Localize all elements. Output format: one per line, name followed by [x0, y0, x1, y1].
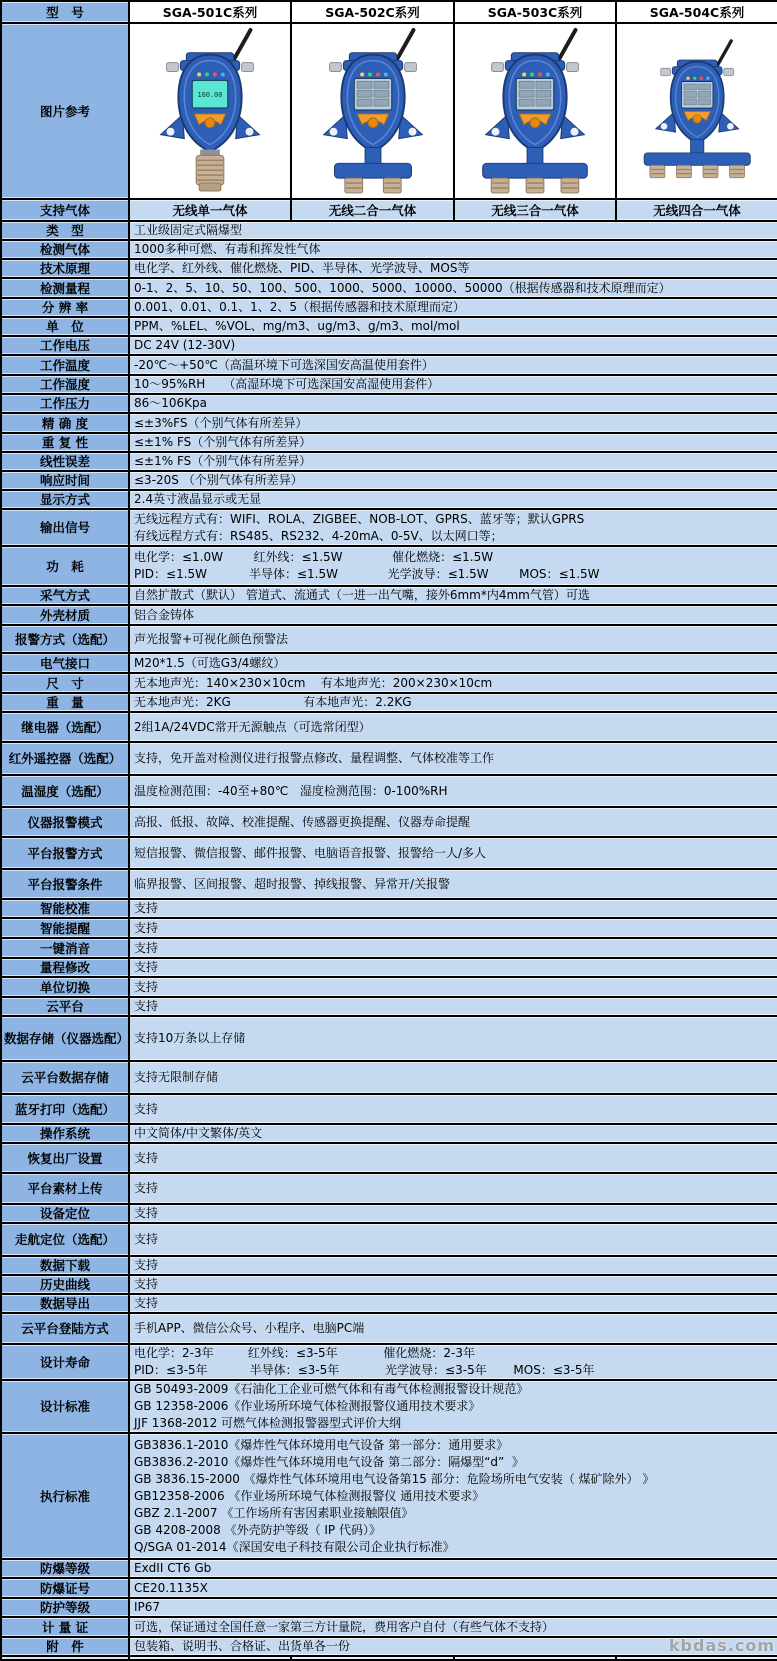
row-label: 检测气体	[1, 240, 129, 259]
row-value: ExdII CT6 Gb	[129, 1559, 777, 1578]
sensor-probe	[383, 178, 401, 193]
value-line: CE20.1135X	[134, 1580, 773, 1597]
row-label: 云平台	[1, 997, 129, 1016]
value-line: 支持	[134, 1205, 773, 1222]
spec-row: 附 件包装箱、说明书、合格证、出货单各一份	[1, 1637, 777, 1656]
value-line: 无本地声光：2KG 有本地声光：2.2KG	[134, 694, 773, 711]
row-label: 计 量 证	[1, 1617, 129, 1637]
value-line: 支持	[134, 900, 773, 917]
row-value: 中文简体/中文繁体/英文	[129, 1124, 777, 1143]
value-line: 电化学：≤1.0W 红外线：≤1.5W 催化燃烧：≤1.5W	[134, 549, 773, 566]
row-label: 一键消音	[1, 938, 129, 958]
value-line: PPM、%LEL、%VOL、mg/m3、ug/m3、g/m3、mol/mol	[134, 318, 773, 335]
spec-row: 操作系统中文简体/中文繁体/英文	[1, 1124, 777, 1143]
spec-row: 智能提醒支持	[1, 918, 777, 938]
value-line: 2组1A/24VDC常开无源触点（可选常闭型）	[134, 719, 773, 736]
row-value: 可选，保证通过全国任意一家第三方计量院，费用客户自付（有些气体不支持）	[129, 1617, 777, 1637]
spec-row: 精 确 度≤±3%FS（个别气体有所差异）	[1, 413, 777, 433]
value-line: 支持	[134, 1150, 773, 1167]
row-value: GB3836.1-2010《爆炸性气体环境用电气设备 第一部分：通用要求》GB3…	[129, 1433, 777, 1559]
spec-row: 智能校准支持	[1, 899, 777, 918]
row-label: 防爆等级	[1, 1559, 129, 1578]
value-line: 支持无限制存储	[134, 1069, 773, 1086]
row-label: 技术原理	[1, 259, 129, 278]
value-line: ≤±1% FS（个别气体有所差异）	[134, 453, 773, 470]
spec-row: 平台报警条件临界报警、区间报警、超时报警、掉线报警、异常开/关报警	[1, 869, 777, 899]
row-value: CE20.1135X	[129, 1578, 777, 1598]
value-line: 电化学：2-3年 红外线：≤3-5年 催化燃烧：2-3年	[134, 1345, 773, 1362]
value-line: 手机APP、微信公众号、小程序、电脑PC端	[134, 1320, 773, 1337]
row-label: 防护等级	[1, 1598, 129, 1617]
row-value: 0.001、0.01、0.1、1、2、5（根据传感器和技术原理而定）	[129, 298, 777, 317]
row-label: 线性误差	[1, 452, 129, 471]
value-line: 无本地声光：140×230×10cm 有本地声光：200×230×10cm	[134, 675, 773, 692]
row-value: 10～95%RH （高湿环境下可选深国安高湿使用套件）	[129, 375, 777, 394]
empty-cell	[1, 1656, 129, 1660]
value-line: 2.4英寸液晶显示或无显	[134, 491, 773, 508]
value-line: 支持	[134, 1180, 773, 1197]
value-line: Q/SGA 01-2014《深国安电子科技有限公司企业执行标准》	[134, 1539, 773, 1556]
row-value: 手机APP、微信公众号、小程序、电脑PC端	[129, 1313, 777, 1344]
row-label: 操作系统	[1, 1124, 129, 1143]
device-image-sga-504c	[618, 24, 776, 198]
row-value: 2组1A/24VDC常开无源触点（可选常闭型）	[129, 712, 777, 742]
sensor-manifold	[334, 163, 411, 178]
spec-row: 走航定位（选配）支持	[1, 1223, 777, 1256]
spec-row: 报警方式（选配）声光报警+可视化颜色预警法	[1, 625, 777, 653]
spec-row: 采气方式自然扩散式（默认） 管道式、流通式（一进一出气嘴，接外6mm*内4mm气…	[1, 586, 777, 605]
image-row: 图片参考 100.00	[1, 23, 777, 199]
spec-row: 尺 寸无本地声光：140×230×10cm 有本地声光：200×230×10cm	[1, 673, 777, 693]
spec-row: 继电器（选配）2组1A/24VDC常开无源触点（可选常闭型）	[1, 712, 777, 742]
row-label: 红外遥控器（选配）	[1, 742, 129, 775]
empty-cell	[129, 1656, 291, 1660]
row-value: 无本地声光：2KG 有本地声光：2.2KG	[129, 693, 777, 712]
value-line: IP67	[134, 1599, 773, 1616]
gas-detector-illustration	[618, 24, 776, 194]
row-label-images: 图片参考	[1, 23, 129, 199]
value-line: 支持	[134, 959, 773, 976]
row-value: 支持	[129, 1094, 777, 1124]
spec-row: 显示方式2.4英寸液晶显示或无显	[1, 490, 777, 509]
spec-row: 数据下载支持	[1, 1256, 777, 1275]
row-label: 平台素材上传	[1, 1173, 129, 1204]
spec-row: 外壳材质铝合金铸体	[1, 605, 777, 625]
value-line: ExdII CT6 Gb	[134, 1560, 773, 1577]
value-line: 支持	[134, 1101, 773, 1118]
value-line: 临界报警、区间报警、超时报警、掉线报警、异常开/关报警	[134, 876, 773, 893]
spec-row: 工作温度-20℃～+50℃（高温环境下可选深国安高温使用套件）	[1, 355, 777, 375]
row-label: 报警方式（选配）	[1, 625, 129, 653]
row-value: ≤±1% FS（个别气体有所差异）	[129, 452, 777, 471]
watermark: kbdas.com	[669, 1636, 775, 1655]
row-value: 工业级固定式隔爆型	[129, 221, 777, 240]
value-line: PID：≤1.5W 半导体：≤1.5W 光学波导：≤1.5W MOS：≤1.5W	[134, 566, 773, 583]
value-line: GBZ 2.1-2007 《工作场所有害因素职业接触限值》	[134, 1505, 773, 1522]
row-label: 重 复 性	[1, 433, 129, 452]
value-line: 支持10万条以上存储	[134, 1030, 773, 1047]
row-label: 工作温度	[1, 355, 129, 375]
row-label: 平台报警方式	[1, 837, 129, 869]
value-line: 声光报警+可视化颜色预警法	[134, 631, 773, 648]
sensor-probe	[344, 178, 362, 193]
spec-table: 型 号 SGA-501C系列 SGA-502C系列 SGA-503C系列 SGA…	[0, 0, 777, 1661]
spec-row: 平台报警方式短信报警、微信报警、邮件报警、电脑语音报警、报警给一人/多人	[1, 837, 777, 869]
row-label: 分 辨 率	[1, 298, 129, 317]
row-value: 铝合金铸体	[129, 605, 777, 625]
row-value: DC 24V (12-30V)	[129, 336, 777, 355]
spec-row: 计 量 证可选，保证通过全国任意一家第三方计量院，费用客户自付（有些气体不支持）	[1, 1617, 777, 1637]
row-label: 数据下载	[1, 1256, 129, 1275]
spec-row: 类 型工业级固定式隔爆型	[1, 221, 777, 240]
row-label: 工作湿度	[1, 375, 129, 394]
sensor-probe	[561, 178, 579, 193]
spec-row: 工作压力86～106Kpa	[1, 394, 777, 413]
value-line: 铝合金铸体	[134, 607, 773, 624]
row-value: 86～106Kpa	[129, 394, 777, 413]
value-line: ≤±1% FS（个别气体有所差异）	[134, 434, 773, 451]
spec-row: 恢复出厂设置支持	[1, 1143, 777, 1173]
spec-row: 设计寿命电化学：2-3年 红外线：≤3-5年 催化燃烧：2-3年PID：≤3-5…	[1, 1344, 777, 1380]
value-line: 支持	[134, 1257, 773, 1274]
spec-row: 检测量程0-1、2、5、10、50、100、500、1000、5000、1000…	[1, 278, 777, 298]
model-name-4: SGA-504C系列	[616, 1, 777, 23]
empty-cell	[616, 1656, 777, 1660]
model-name-1: SGA-501C系列	[129, 1, 291, 23]
row-value: 支持10万条以上存储	[129, 1016, 777, 1061]
spec-row: 设计标准GB 50493-2009《石油化工企业可燃气体和有毒气体检测报警设计规…	[1, 1380, 777, 1433]
row-label: 设计寿命	[1, 1344, 129, 1380]
row-value: 高报、低报、故障、校准提醒、传感器更换提醒、仪器寿命提醒	[129, 807, 777, 837]
row-value: 支持，免开盖对检测仪进行报警点修改、量程调整、气体校准等工作	[129, 742, 777, 775]
row-value: 电化学：2-3年 红外线：≤3-5年 催化燃烧：2-3年PID：≤3-5年 半导…	[129, 1344, 777, 1380]
row-label: 云平台登陆方式	[1, 1313, 129, 1344]
row-label: 外壳材质	[1, 605, 129, 625]
row-label: 温湿度（选配）	[1, 775, 129, 807]
row-label: 响应时间	[1, 471, 129, 490]
spec-row: 防爆证号CE20.1135X	[1, 1578, 777, 1598]
row-value: 支持	[129, 1294, 777, 1313]
spec-row: 重 复 性≤±1% FS（个别气体有所差异）	[1, 433, 777, 452]
spec-row: 蓝牙打印（选配）支持	[1, 1094, 777, 1124]
gas-row: 支持气体 无线单一气体 无线二合一气体 无线三合一气体 无线四合一气体	[1, 199, 777, 221]
value-line: 支持	[134, 920, 773, 937]
row-value: 支持	[129, 1143, 777, 1173]
row-label: 显示方式	[1, 490, 129, 509]
model-name-2: SGA-502C系列	[291, 1, 454, 23]
row-value: 支持无限制存储	[129, 1061, 777, 1094]
row-label: 精 确 度	[1, 413, 129, 433]
value-line: PID：≤3-5年 半导体：≤3-5年 光学波导：≤3-5年 MOS：≤3-5年	[134, 1362, 773, 1379]
row-label: 继电器（选配）	[1, 712, 129, 742]
sensor-probe	[676, 165, 691, 177]
spec-row: 云平台登陆方式手机APP、微信公众号、小程序、电脑PC端	[1, 1313, 777, 1344]
row-value: 支持	[129, 997, 777, 1016]
row-label: 工作电压	[1, 336, 129, 355]
row-value: 温度检测范围：-40至+80℃ 湿度检测范围：0-100%RH	[129, 775, 777, 807]
row-label: 单 位	[1, 317, 129, 336]
spec-row: 平台素材上传支持	[1, 1173, 777, 1204]
row-value: IP67	[129, 1598, 777, 1617]
value-line: 10～95%RH （高湿环境下可选深国安高湿使用套件）	[134, 376, 773, 393]
spec-sheet: 型 号 SGA-501C系列 SGA-502C系列 SGA-503C系列 SGA…	[0, 0, 777, 1661]
row-value: 支持	[129, 977, 777, 997]
row-value: 电化学、红外线、催化燃烧、PID、半导体、光学波导、MOS等	[129, 259, 777, 278]
partial-bottom-row	[1, 1656, 777, 1660]
spec-row: 检测气体1000多种可燃、有毒和挥发性气体	[1, 240, 777, 259]
value-line: 支持	[134, 998, 773, 1015]
gas-value-4: 无线四合一气体	[616, 199, 777, 221]
spec-row: 线性误差≤±1% FS（个别气体有所差异）	[1, 452, 777, 471]
value-line: GB12358-2006 《作业场所环境气体检测报警仪 通用技术要求》	[134, 1488, 773, 1505]
row-value: GB 50493-2009《石油化工企业可燃气体和有毒气体检测报警设计规范》GB…	[129, 1380, 777, 1433]
gas-value-3: 无线三合一气体	[454, 199, 616, 221]
row-value: 0-1、2、5、10、50、100、500、1000、5000、10000、50…	[129, 278, 777, 298]
value-line: DC 24V (12-30V)	[134, 337, 773, 354]
spec-row: 响应时间≤3-20S （个别气体有所差异）	[1, 471, 777, 490]
gas-detector-illustration	[456, 24, 614, 194]
row-label: 执行标准	[1, 1433, 129, 1559]
row-value: ≤±1% FS（个别气体有所差异）	[129, 433, 777, 452]
row-value: 支持	[129, 1256, 777, 1275]
value-line: GB 4208-2008 《外壳防护等级（ IP 代码）》	[134, 1522, 773, 1539]
value-line: 自然扩散式（默认） 管道式、流通式（一进一出气嘴，接外6mm*内4mm气管）可选	[134, 587, 773, 604]
spec-row: 云平台数据存储支持无限制存储	[1, 1061, 777, 1094]
empty-cell	[454, 1656, 616, 1660]
value-line: 0.001、0.01、0.1、1、2、5（根据传感器和技术原理而定）	[134, 299, 773, 316]
spec-row: 输出信号无线远程方式有：WIFI、ROLA、ZIGBEE、NOB-LOT、GPR…	[1, 509, 777, 546]
value-line: 支持	[134, 1295, 773, 1312]
gas-value-1: 无线单一气体	[129, 199, 291, 221]
row-value: 无本地声光：140×230×10cm 有本地声光：200×230×10cm	[129, 673, 777, 693]
row-label: 智能提醒	[1, 918, 129, 938]
value-line: 短信报警、微信报警、邮件报警、电脑语音报警、报警给一人/多人	[134, 845, 773, 862]
value-line: 中文简体/中文繁体/英文	[134, 1125, 773, 1142]
spec-row: 一键消音支持	[1, 938, 777, 958]
row-value: 声光报警+可视化颜色预警法	[129, 625, 777, 653]
sensor-probe	[526, 178, 544, 193]
value-line: ≤3-20S （个别气体有所差异）	[134, 472, 773, 489]
row-label: 数据存储（仪器选配）	[1, 1016, 129, 1061]
spec-row: 防爆等级ExdII CT6 Gb	[1, 1559, 777, 1578]
row-label: 数据导出	[1, 1294, 129, 1313]
device-image-sga-501c: 100.00	[131, 24, 289, 198]
spec-row: 工作湿度10～95%RH （高湿环境下可选深国安高湿使用套件）	[1, 375, 777, 394]
row-label: 设计标准	[1, 1380, 129, 1433]
spec-row: 执行标准GB3836.1-2010《爆炸性气体环境用电气设备 第一部分：通用要求…	[1, 1433, 777, 1559]
spec-row: 单 位PPM、%LEL、%VOL、mg/m3、ug/m3、g/m3、mol/mo…	[1, 317, 777, 336]
row-label: 单位切换	[1, 977, 129, 997]
value-line: 1000多种可燃、有毒和挥发性气体	[134, 241, 773, 258]
row-label: 附 件	[1, 1637, 129, 1656]
value-line: GB3836.2-2010《爆炸性气体环境用电气设备 第二部分：隔爆型“d” 》	[134, 1454, 773, 1471]
gas-detector-illustration	[294, 24, 452, 194]
row-value: 1000多种可燃、有毒和挥发性气体	[129, 240, 777, 259]
row-value: 支持	[129, 1275, 777, 1294]
sensor-probe	[730, 165, 745, 177]
sensor-manifold	[644, 153, 750, 165]
device-image-sga-503c	[456, 24, 614, 198]
spec-row: 数据存储（仪器选配）支持10万条以上存储	[1, 1016, 777, 1061]
value-line: -20℃～+50℃（高温环境下可选深国安高温使用套件）	[134, 357, 773, 374]
model-name-3: SGA-503C系列	[454, 1, 616, 23]
row-label: 功 耗	[1, 546, 129, 586]
row-label: 防爆证号	[1, 1578, 129, 1598]
row-value: 支持	[129, 958, 777, 977]
row-label: 蓝牙打印（选配）	[1, 1094, 129, 1124]
spec-row: 量程修改支持	[1, 958, 777, 977]
row-label: 平台报警条件	[1, 869, 129, 899]
model-header-row: 型 号 SGA-501C系列 SGA-502C系列 SGA-503C系列 SGA…	[1, 1, 777, 23]
row-label: 尺 寸	[1, 673, 129, 693]
value-line: GB 3836.15-2000 《爆炸性气体环境用电气设备第15 部分：危险场所…	[134, 1471, 773, 1488]
spec-row: 云平台支持	[1, 997, 777, 1016]
row-value: 支持	[129, 918, 777, 938]
spec-row: 红外遥控器（选配）支持，免开盖对检测仪进行报警点修改、量程调整、气体校准等工作	[1, 742, 777, 775]
row-value: 2.4英寸液晶显示或无显	[129, 490, 777, 509]
row-value: 电化学：≤1.0W 红外线：≤1.5W 催化燃烧：≤1.5WPID：≤1.5W …	[129, 546, 777, 586]
gas-value-2: 无线二合一气体	[291, 199, 454, 221]
row-label: 量程修改	[1, 958, 129, 977]
value-line: 温度检测范围：-40至+80℃ 湿度检测范围：0-100%RH	[134, 783, 773, 800]
value-line: 无线远程方式有：WIFI、ROLA、ZIGBEE、NOB-LOT、GPRS、蓝牙…	[134, 511, 773, 528]
row-label: 类 型	[1, 221, 129, 240]
svg-text:100.00: 100.00	[198, 91, 223, 99]
value-line: GB 12358-2006《作业场所环境气体检测报警仪通用技术要求》	[134, 1398, 773, 1415]
value-line: 工业级固定式隔爆型	[134, 222, 773, 239]
spec-row: 防护等级IP67	[1, 1598, 777, 1617]
row-label: 电气接口	[1, 653, 129, 673]
value-line: M20*1.5（可选G3/4螺纹）	[134, 655, 773, 672]
row-label: 走航定位（选配）	[1, 1223, 129, 1256]
spec-row: 重 量无本地声光：2KG 有本地声光：2.2KG	[1, 693, 777, 712]
row-label: 工作压力	[1, 394, 129, 413]
value-line: 支持	[134, 940, 773, 957]
row-value: ≤3-20S （个别气体有所差异）	[129, 471, 777, 490]
value-line: JJF 1368-2012 可燃气体检测报警器型式评价大纲	[134, 1415, 773, 1432]
spec-row: 电气接口M20*1.5（可选G3/4螺纹）	[1, 653, 777, 673]
row-label: 采气方式	[1, 586, 129, 605]
sensor-probe	[703, 165, 718, 177]
row-value: 支持	[129, 1204, 777, 1223]
row-value: 支持	[129, 938, 777, 958]
spec-row: 历史曲线支持	[1, 1275, 777, 1294]
row-label: 云平台数据存储	[1, 1061, 129, 1094]
value-line: 86～106Kpa	[134, 395, 773, 412]
value-line: 高报、低报、故障、校准提醒、传感器更换提醒、仪器寿命提醒	[134, 814, 773, 831]
empty-cell	[291, 1656, 454, 1660]
row-label-gas: 支持气体	[1, 199, 129, 221]
value-line: 0-1、2、5、10、50、100、500、1000、5000、10000、50…	[134, 280, 773, 297]
row-value: 支持	[129, 1223, 777, 1256]
value-line: 有线远程方式有：RS485、RS232、4-20mA、0-5V、以太网口等；	[134, 528, 773, 545]
row-label: 输出信号	[1, 509, 129, 546]
spec-row: 数据导出支持	[1, 1294, 777, 1313]
row-value: 无线远程方式有：WIFI、ROLA、ZIGBEE、NOB-LOT、GPRS、蓝牙…	[129, 509, 777, 546]
row-value: PPM、%LEL、%VOL、mg/m3、ug/m3、g/m3、mol/mol	[129, 317, 777, 336]
value-line: ≤±3%FS（个别气体有所差异）	[134, 415, 773, 432]
sensor-probe	[491, 178, 509, 193]
sensor-probe	[650, 165, 665, 177]
gas-detector-illustration: 100.00	[131, 24, 289, 194]
row-label: 恢复出厂设置	[1, 1143, 129, 1173]
spec-row: 功 耗电化学：≤1.0W 红外线：≤1.5W 催化燃烧：≤1.5WPID：≤1.…	[1, 546, 777, 586]
row-value: M20*1.5（可选G3/4螺纹）	[129, 653, 777, 673]
spec-row: 温湿度（选配）温度检测范围：-40至+80℃ 湿度检测范围：0-100%RH	[1, 775, 777, 807]
value-line: 电化学、红外线、催化燃烧、PID、半导体、光学波导、MOS等	[134, 260, 773, 277]
row-label: 重 量	[1, 693, 129, 712]
device-image-sga-502c	[294, 24, 452, 198]
sensor-manifold	[483, 163, 588, 178]
row-value: 临界报警、区间报警、超时报警、掉线报警、异常开/关报警	[129, 869, 777, 899]
row-label: 检测量程	[1, 278, 129, 298]
value-line: GB3836.1-2010《爆炸性气体环境用电气设备 第一部分：通用要求》	[134, 1437, 773, 1454]
row-label: 历史曲线	[1, 1275, 129, 1294]
spec-row: 单位切换支持	[1, 977, 777, 997]
row-value: -20℃～+50℃（高温环境下可选深国安高温使用套件）	[129, 355, 777, 375]
row-value: 短信报警、微信报警、邮件报警、电脑语音报警、报警给一人/多人	[129, 837, 777, 869]
value-line: 支持	[134, 1276, 773, 1293]
spec-row: 技术原理电化学、红外线、催化燃烧、PID、半导体、光学波导、MOS等	[1, 259, 777, 278]
spec-row: 工作电压DC 24V (12-30V)	[1, 336, 777, 355]
value-line: 支持	[134, 1231, 773, 1248]
row-label: 智能校准	[1, 899, 129, 918]
value-line: 支持	[134, 979, 773, 996]
spec-row: 仪器报警模式高报、低报、故障、校准提醒、传感器更换提醒、仪器寿命提醒	[1, 807, 777, 837]
spec-row: 分 辨 率0.001、0.01、0.1、1、2、5（根据传感器和技术原理而定）	[1, 298, 777, 317]
row-value: ≤±3%FS（个别气体有所差异）	[129, 413, 777, 433]
value-line: GB 50493-2009《石油化工企业可燃气体和有毒气体检测报警设计规范》	[134, 1381, 773, 1398]
value-line: 支持，免开盖对检测仪进行报警点修改、量程调整、气体校准等工作	[134, 750, 773, 767]
value-line: 可选，保证通过全国任意一家第三方计量院，费用客户自付（有些气体不支持）	[134, 1619, 773, 1636]
row-label: 设备定位	[1, 1204, 129, 1223]
row-value: 自然扩散式（默认） 管道式、流通式（一进一出气嘴，接外6mm*内4mm气管）可选	[129, 586, 777, 605]
row-label-model: 型 号	[1, 1, 129, 23]
spec-row: 设备定位支持	[1, 1204, 777, 1223]
row-label: 仪器报警模式	[1, 807, 129, 837]
row-value: 支持	[129, 899, 777, 918]
row-value: 支持	[129, 1173, 777, 1204]
